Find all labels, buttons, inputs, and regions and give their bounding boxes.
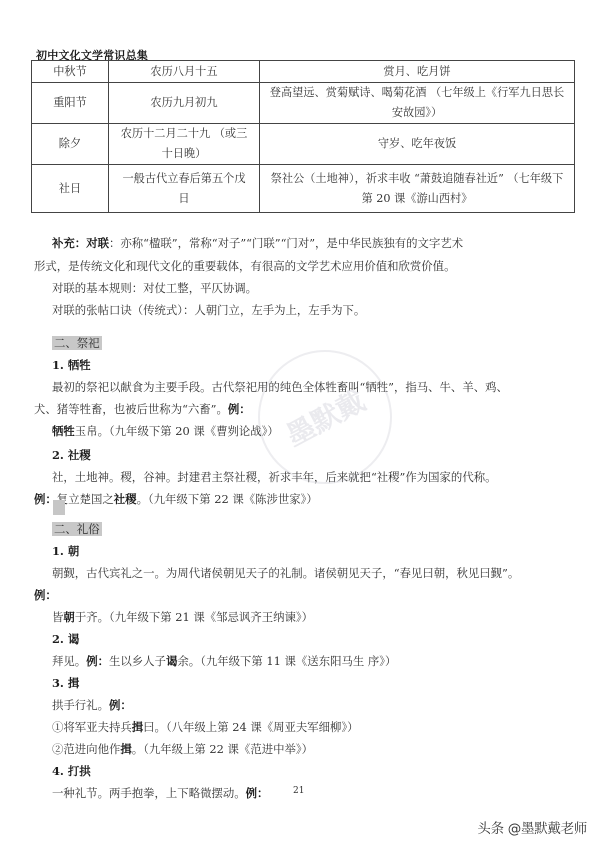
table-row: 中秋节 农历八月十五 赏月、吃月饼 [32, 61, 574, 82]
item-text: 一种礼节。两手抱拳，上下略微摆动。例： [52, 784, 268, 802]
example-line: 拜见。例：生以乡人子谒余。（九年级下第 11 课《送东阳马生 序》） [52, 652, 396, 670]
example-keyword: 揖 [132, 720, 143, 734]
example-keyword: 牺牲 [52, 424, 75, 438]
supplement-label: 补充： [52, 236, 86, 250]
festival-date: 农历十二月二十九 （或三十日晚） [109, 124, 260, 164]
example-text: ②范进向他作 [52, 742, 120, 756]
example-text: 。（九年级下第 22 课《陈涉世家》） [137, 492, 318, 506]
example-label: 例： [86, 654, 109, 668]
example-line: 皆朝于齐。（九年级下第 21 课《邹忌讽齐王纳谏》） [52, 608, 313, 626]
document-page: 初中文化文学常识总集 中秋节 农历八月十五 赏月、吃月饼 重阳节 农历九月初九 … [0, 0, 600, 848]
festival-name: 重阳节 [32, 83, 109, 123]
table-row: 重阳节 农历九月初九 登高望远、赏菊赋诗、喝菊花酒 （七年级上《行军九日思长安故… [32, 82, 574, 123]
supplement-term: 对联 [86, 236, 109, 250]
couplet-posting-rule: 对联的张帖口诀（传统式）：人朝门立，左手为上，左手为下。 [52, 301, 365, 319]
couplet-rule: 对联的基本规则：对仗工整，平仄协调。 [52, 279, 257, 297]
example-text: 余。（九年级下第 11 课《送东阳马生 序》） [177, 654, 396, 668]
example-line: 例：复立楚国之社稷。（九年级下第 22 课《陈涉世家》） [34, 490, 318, 508]
section-heading-sacrifice: 二、祭祀 [52, 334, 102, 352]
festival-date: 农历九月初九 [109, 83, 260, 123]
festival-table: 中秋节 农历八月十五 赏月、吃月饼 重阳节 农历九月初九 登高望远、赏菊赋诗、喝… [31, 60, 575, 213]
item-title: 4. 打拱 [52, 762, 91, 780]
supplement-line-1: 补充：对联：亦称“楹联”，常称“对子”“门联”“门对”，是中华民族独有的文字艺术 [52, 234, 463, 252]
source-credit: 头条 @墨默戴老师 [477, 817, 587, 837]
example-line: ②范进向他作揖。（九年级上第 22 课《范进中举》） [52, 740, 313, 758]
item-title: 1. 牺牲 [52, 356, 91, 374]
example-label: 例： [228, 402, 251, 416]
festival-custom: 赏月、吃月饼 [260, 61, 574, 82]
table-row: 除夕 农历十二月二十九 （或三十日晚） 守岁、吃年夜饭 [32, 123, 574, 164]
supplement-line-2: 形式，是传统文化和现代文化的重要载体，有很高的文学艺术应用价值和欣赏价值。 [34, 257, 455, 275]
item-text: 一种礼节。两手抱拳，上下略微摆动。 [52, 786, 246, 800]
item-title: 1. 朝 [52, 542, 79, 560]
item-text: 朝觐，古代宾礼之一。为周代诸侯朝见天子的礼制。诸侯朝见天子，“春见曰朝，秋见曰觐… [52, 564, 519, 582]
item-text: 拱手行礼。 [52, 698, 109, 712]
example-label: 例： [246, 786, 269, 800]
section-heading-customs: 二、礼俗 [52, 520, 102, 538]
example-text: 。（九年级上第 22 课《范进中举》） [132, 742, 313, 756]
page-number: 21 [293, 786, 304, 796]
item-text: 犬、猪等牲畜，也被后世称为“六畜”。例： [34, 400, 251, 418]
festival-date: 一般古代立春后第五个戊日 [109, 165, 260, 212]
section-heading-label: 二、礼俗 [52, 522, 102, 536]
example-keyword: 谒 [166, 654, 177, 668]
festival-custom: 守岁、吃年夜饭 [260, 124, 574, 164]
item-text: 拱手行礼。例： [52, 696, 132, 714]
example-line: 牺牲玉帛。（九年级下第 20 课《曹刿论战》） [52, 422, 279, 440]
festival-name: 中秋节 [32, 61, 109, 82]
example-text: 皆 [52, 610, 63, 624]
example-text: 复立楚国之 [57, 492, 114, 506]
example-text: 生以乡人子 [109, 654, 166, 668]
festival-custom: 登高望远、赏菊赋诗、喝菊花酒 （七年级上《行军九日思长安故园》） [260, 83, 574, 123]
item-title: 3. 揖 [52, 674, 79, 692]
festival-name: 除夕 [32, 124, 109, 164]
section-heading-label: 二、祭祀 [52, 336, 102, 350]
item-text: 社，土地神。稷，谷神。封建君主祭社稷，祈求丰年，后来就把“社稷”作为国家的代称。 [52, 468, 497, 486]
highlight-block [53, 500, 65, 515]
item-text-cont: 犬、猪等牲畜，也被后世称为“六畜”。 [34, 402, 228, 416]
festival-custom: 祭社公（土地神），祈求丰收 “萧鼓追随春社近” （七年级下第 20 课《游山西村… [260, 165, 574, 212]
item-title: 2. 社稷 [52, 446, 91, 464]
table-row: 社日 一般古代立春后第五个戊日 祭社公（土地神），祈求丰收 “萧鼓追随春社近” … [32, 164, 574, 212]
example-text: 于齐。（九年级下第 21 课《邹忌讽齐王纳谏》） [75, 610, 313, 624]
festival-date: 农历八月十五 [109, 61, 260, 82]
supplement-text: ：亦称“楹联”，常称“对子”“门联”“门对”，是中华民族独有的文字艺术 [109, 236, 463, 250]
example-label: 例： [34, 586, 57, 604]
example-text: 玉帛。（九年级下第 20 课《曹刿论战》） [75, 424, 279, 438]
festival-name: 社日 [32, 165, 109, 212]
example-text: ①将军亚夫持兵 [52, 720, 132, 734]
example-text: 曰。（八年级上第 24 课《周亚夫军细柳》） [143, 720, 358, 734]
example-keyword: 朝 [63, 610, 74, 624]
item-title: 2. 谒 [52, 630, 79, 648]
item-text: 最初的祭祀以献食为主要手段。古代祭祀用的纯色全体牲畜叫“牺牲”，指马、牛、羊、鸡… [52, 378, 508, 396]
example-line: ①将军亚夫持兵揖曰。（八年级上第 24 课《周亚夫军细柳》） [52, 718, 359, 736]
example-keyword: 揖 [120, 742, 131, 756]
example-keyword: 社稷 [114, 492, 137, 506]
example-label: 例： [109, 698, 132, 712]
item-text: 拜见。 [52, 654, 86, 668]
